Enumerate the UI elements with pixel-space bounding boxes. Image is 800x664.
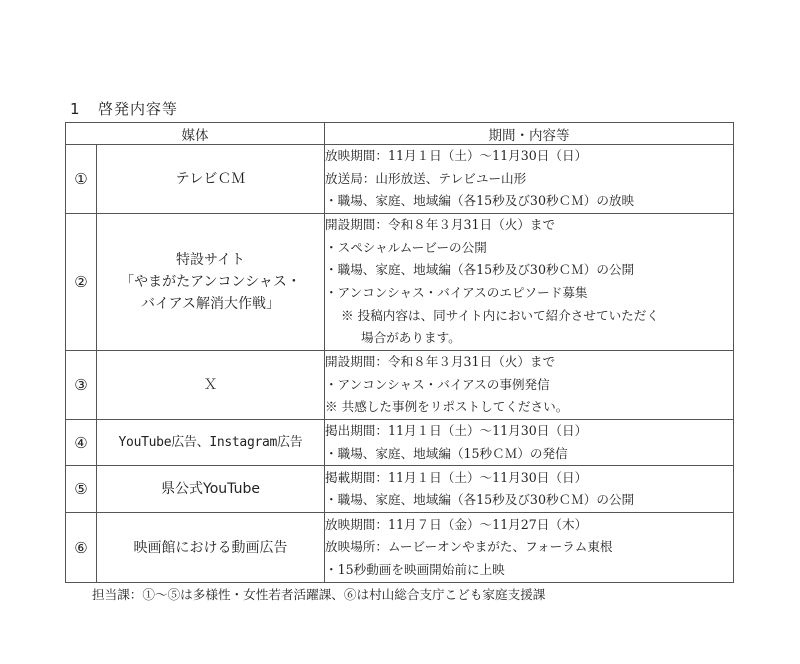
media-cell: 映画館における動画広告 <box>97 513 325 583</box>
media-cell: Ｘ <box>97 351 325 420</box>
media-cell: テレビＣＭ <box>97 145 325 214</box>
detail-cell: 放映期間：11月７日（金）～11月27日（木） 放映場所：ムービーオンやまがた、… <box>325 513 734 583</box>
detail-line: 放映場所：ムービーオンやまがた、フォーラム東根 <box>325 536 733 559</box>
detail-line: ・アンコンシャス・バイアスの事例発信 <box>325 374 733 397</box>
detail-line: ・職場、家庭、地域編（各15秒及び30秒ＣＭ）の公開 <box>325 489 733 512</box>
detail-cell: 開設期間：令和８年３月31日（火）まで ・スペシャルムービーの公開 ・職場、家庭… <box>325 214 734 351</box>
section-number: 1 <box>70 100 98 118</box>
section-title: 啓発内容等 <box>98 100 178 118</box>
media-label: Ｘ <box>204 377 218 393</box>
detail-note: ※ 共感した事例をリポストしてください。 <box>325 396 733 419</box>
row-number: ③ <box>66 351 97 420</box>
detail-line: 掲出期間：11月１日（土）～11月30日（日） <box>325 420 733 443</box>
detail-cell: 掲載期間：11月１日（土）～11月30日（日） ・職場、家庭、地域編（各15秒及… <box>325 466 734 513</box>
row-number: ① <box>66 145 97 214</box>
media-label: 県公式YouTube <box>161 481 260 497</box>
detail-line: 掲載期間：11月１日（土）～11月30日（日） <box>325 467 733 490</box>
detail-line: ・スペシャルムービーの公開 <box>325 237 733 260</box>
row-number: ⑥ <box>66 513 97 583</box>
detail-note: 場合があります。 <box>325 327 733 350</box>
media-label: 映画館における動画広告 <box>134 540 288 556</box>
detail-line: 放映期間：11月７日（金）～11月27日（木） <box>325 514 733 537</box>
media-label: YouTube広告、Instagram広告 <box>119 435 303 450</box>
row-number: ④ <box>66 420 97 466</box>
detail-cell: 開設期間：令和８年３月31日（火）まで ・アンコンシャス・バイアスの事例発信 ※… <box>325 351 734 420</box>
table-row: ① テレビＣＭ 放映期間：11月１日（土）～11月30日（日） 放送局：山形放送… <box>66 145 734 214</box>
table-header-row: 媒体 期間・内容等 <box>66 123 734 145</box>
table-row: ② 特設サイト 「やまがたアンコンシャス・ バイアス解消大作戦」 開設期間：令和… <box>66 214 734 351</box>
detail-note: ※ 投稿内容は、同サイト内において紹介させていただく <box>325 305 733 328</box>
header-media: 媒体 <box>66 123 325 145</box>
media-cell: YouTube広告、Instagram広告 <box>97 420 325 466</box>
media-label: 特設サイト <box>97 249 324 271</box>
detail-line: ・職場、家庭、地域編（15秒ＣＭ）の発信 <box>325 443 733 466</box>
table-row: ③ Ｘ 開設期間：令和８年３月31日（火）まで ・アンコンシャス・バイアスの事例… <box>66 351 734 420</box>
media-label: バイアス解消大作戦」 <box>97 293 324 315</box>
detail-line: 放映期間：11月１日（土）～11月30日（日） <box>325 145 733 168</box>
section-heading: 1啓発内容等 <box>70 98 178 119</box>
detail-line: 放送局：山形放送、テレビユー山形 <box>325 168 733 191</box>
detail-line: 開設期間：令和８年３月31日（火）まで <box>325 214 733 237</box>
row-number: ⑤ <box>66 466 97 513</box>
detail-cell: 放映期間：11月１日（土）～11月30日（日） 放送局：山形放送、テレビユー山形… <box>325 145 734 214</box>
media-label: テレビＣＭ <box>176 171 246 187</box>
media-label: 「やまがたアンコンシャス・ <box>97 271 324 293</box>
responsible-department-note: 担当課：①～⑤は多様性・女性若者活躍課、⑥は村山総合支庁こども家庭支援課 <box>92 584 545 603</box>
detail-line: 開設期間：令和８年３月31日（火）まで <box>325 351 733 374</box>
detail-line: ・職場、家庭、地域編（各15秒及び30秒ＣＭ）の公開 <box>325 259 733 282</box>
campaign-table: 媒体 期間・内容等 ① テレビＣＭ 放映期間：11月１日（土）～11月30日（日… <box>65 122 734 583</box>
detail-line: ・職場、家庭、地域編（各15秒及び30秒ＣＭ）の放映 <box>325 190 733 213</box>
detail-line: ・15秒動画を映画開始前に上映 <box>325 559 733 582</box>
media-cell: 特設サイト 「やまがたアンコンシャス・ バイアス解消大作戦」 <box>97 214 325 351</box>
detail-line: ・アンコンシャス・バイアスのエピソード募集 <box>325 282 733 305</box>
media-cell: 県公式YouTube <box>97 466 325 513</box>
table-row: ⑥ 映画館における動画広告 放映期間：11月７日（金）～11月27日（木） 放映… <box>66 513 734 583</box>
table-row: ⑤ 県公式YouTube 掲載期間：11月１日（土）～11月30日（日） ・職場… <box>66 466 734 513</box>
header-detail: 期間・内容等 <box>325 123 734 145</box>
table-row: ④ YouTube広告、Instagram広告 掲出期間：11月１日（土）～11… <box>66 420 734 466</box>
row-number: ② <box>66 214 97 351</box>
detail-cell: 掲出期間：11月１日（土）～11月30日（日） ・職場、家庭、地域編（15秒ＣＭ… <box>325 420 734 466</box>
